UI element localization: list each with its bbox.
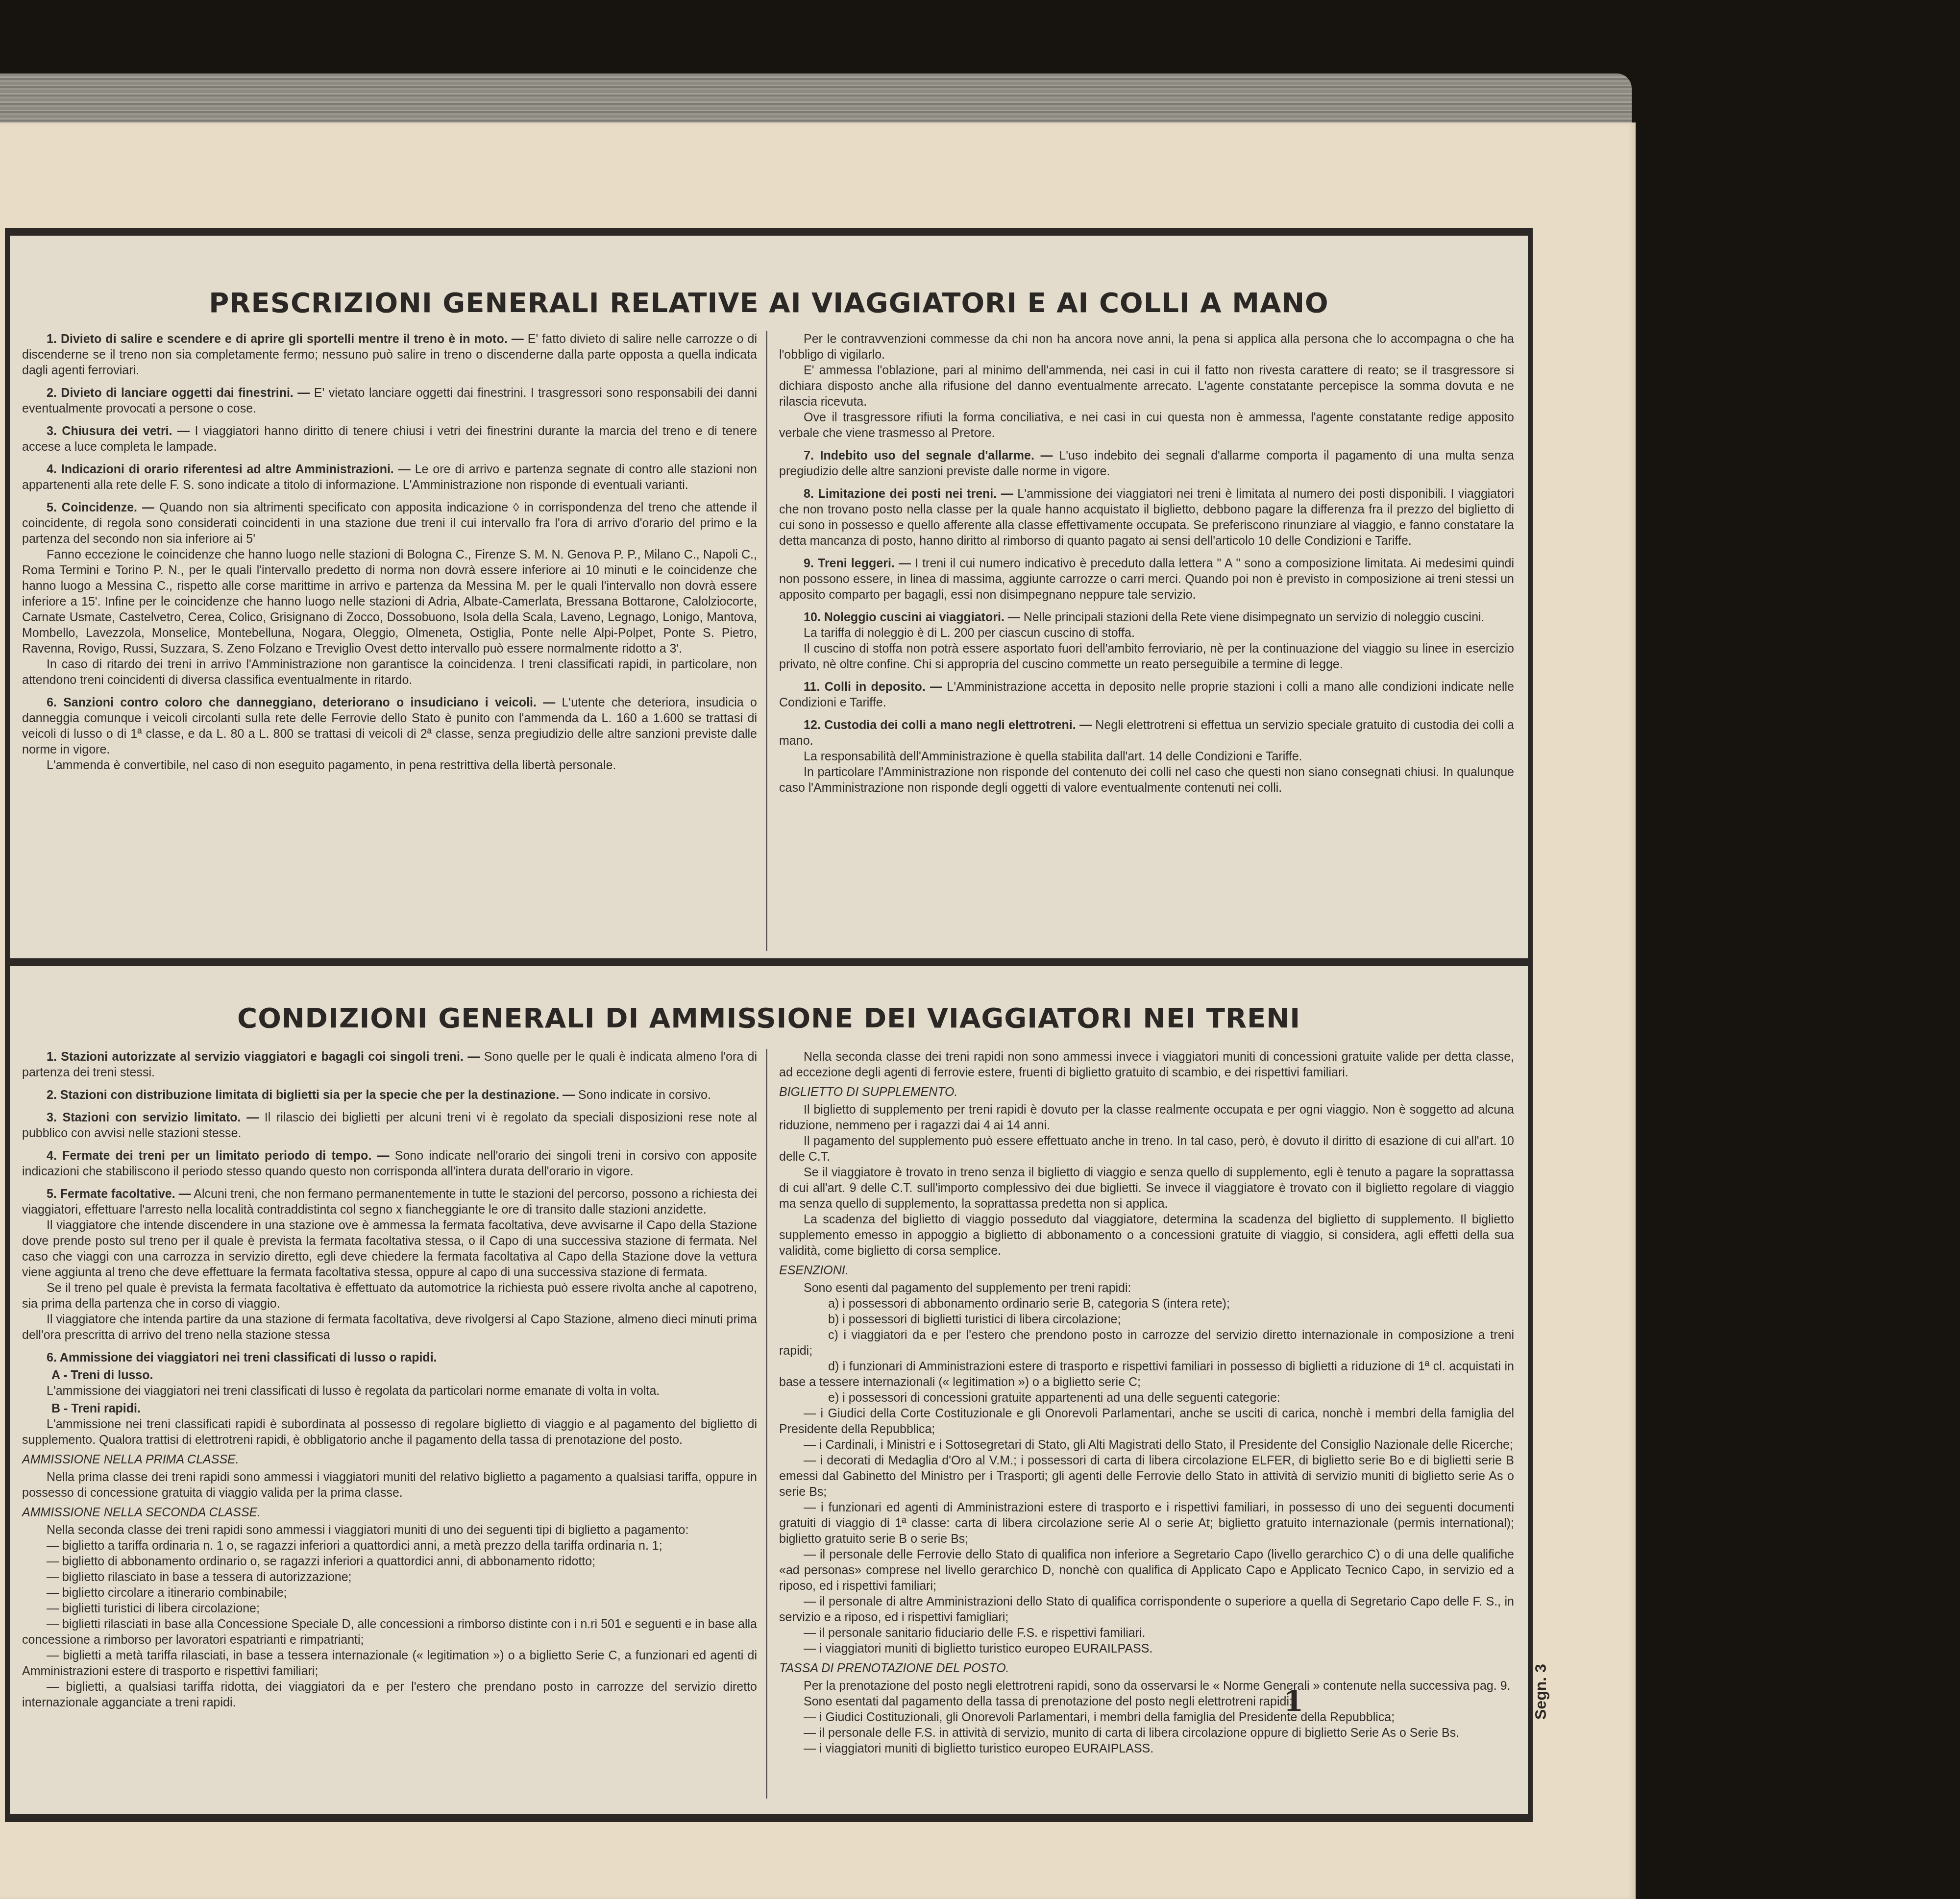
condizione-item: 3. Stazioni con servizio limitato. — Il … — [22, 1110, 757, 1141]
prescrizione-item: 8. Limitazione dei posti nei treni. — L'… — [779, 486, 1514, 549]
content-frame: PRESCRIZIONI GENERALI RELATIVE AI VIAGGI… — [5, 228, 1533, 1822]
rapidi-body: L'ammissione nei treni classificati rapi… — [22, 1416, 757, 1448]
condizioni-left-column: 1. Stazioni autorizzate al servizio viag… — [22, 1049, 757, 1710]
item-paragraph: La tariffa di noleggio è di L. 200 per c… — [779, 625, 1514, 641]
prescrizioni-left-column: 1. Divieto di salire e scendere e di apr… — [22, 331, 757, 780]
item-body: Nelle principali stazioni della Rete vie… — [1024, 610, 1485, 624]
item-heading: 5. Coincidenze. — — [47, 501, 154, 514]
supplemento-paragraph: Il pagamento del supplemento può essere … — [779, 1133, 1514, 1165]
prescrizione-item: 9. Treni leggeri. — I treni il cui numer… — [779, 556, 1514, 603]
item-heading: 9. Treni leggeri. — — [804, 557, 911, 570]
lusso-body: L'ammissione dei viaggiatori nei treni c… — [22, 1383, 757, 1399]
item-paragraph: L'ammenda è convertibile, nel caso di no… — [22, 757, 757, 773]
item-paragraph: Se il treno pel quale è prevista la ferm… — [22, 1280, 757, 1312]
esenzioni-letter-item: a) i possessori di abbonamento ordinario… — [779, 1296, 1514, 1312]
item-heading: 4. Fermate dei treni per un limitato per… — [47, 1149, 390, 1163]
section-title-prescrizioni: PRESCRIZIONI GENERALI RELATIVE AI VIAGGI… — [10, 287, 1528, 319]
seconda-classe-body: Nella seconda classe dei treni rapidi so… — [22, 1522, 757, 1538]
intro-paragraph: Per le contravvenzioni commesse da chi n… — [779, 331, 1514, 363]
subsection-heading-lusso: A - Treni di lusso. — [51, 1367, 757, 1383]
seconda-classe-exclusion: Nella seconda classe dei treni rapidi no… — [779, 1049, 1514, 1080]
item-paragraph: Il cuscino di stoffa non potrà essere as… — [779, 641, 1514, 672]
prescrizione-item: 1. Divieto di salire e scendere e di apr… — [22, 331, 757, 378]
item-heading: 12. Custodia dei colli a mano negli elet… — [804, 718, 1092, 732]
column-separator — [766, 1049, 767, 1799]
item-heading: 1. Divieto di salire e scendere e di apr… — [47, 332, 524, 346]
document-page: PRESCRIZIONI GENERALI RELATIVE AI VIAGGI… — [0, 122, 1636, 1899]
seconda-classe-heading: AMMISSIONE NELLA SECONDA CLASSE. — [22, 1505, 757, 1520]
prenotazione-heading: TASSA DI PRENOTAZIONE DEL POSTO. — [779, 1660, 1514, 1676]
column-separator — [766, 331, 767, 951]
prenotazione-dash-item: — i viaggiatori muniti di biglietto turi… — [779, 1741, 1514, 1756]
seconda-classe-list-item: — biglietti a metà tariffa rilasciati, i… — [22, 1648, 757, 1679]
intro-paragraph: E' ammessa l'oblazione, pari al minimo d… — [779, 363, 1514, 410]
prenotazione-paragraph: Per la prenotazione del posto negli elet… — [779, 1678, 1514, 1694]
seconda-classe-list-item: — biglietto rilasciato in base a tessera… — [22, 1569, 757, 1585]
item-heading: 2. Divieto di lanciare oggetti dai fines… — [47, 386, 310, 400]
item-paragraph: Il viaggiatore che intende discendere in… — [22, 1217, 757, 1280]
prescrizione-item: 11. Colli in deposito. — L'Amministrazio… — [779, 679, 1514, 710]
item-heading: 3. Chiusura dei vetri. — — [47, 424, 190, 438]
item-heading: 3. Stazioni con servizio limitato. — — [47, 1111, 259, 1124]
item-paragraph: In caso di ritardo dei treni in arrivo l… — [22, 657, 757, 688]
item-body: Sono indicate in corsivo. — [578, 1088, 711, 1102]
esenzioni-dash-item: — il personale delle Ferrovie dello Stat… — [779, 1547, 1514, 1594]
item-paragraph: In particolare l'Amministrazione non ris… — [779, 764, 1514, 796]
supplemento-paragraph: Il biglietto di supplemento per treni ra… — [779, 1102, 1514, 1133]
page-number: 1 — [1284, 1684, 1303, 1718]
item-heading: 4. Indicazioni di orario riferentesi ad … — [47, 463, 411, 476]
seconda-classe-list-item: — biglietti, a qualsiasi tariffa ridotta… — [22, 1679, 757, 1710]
subsection-heading-rapidi: B - Treni rapidi. — [51, 1401, 757, 1416]
condizioni-right-column: Nella seconda classe dei treni rapidi no… — [779, 1049, 1514, 1756]
item-heading: 6. Sanzioni contro coloro che danneggian… — [47, 696, 555, 709]
esenzioni-dash-item: — i Giudici della Corte Costituzionale e… — [779, 1406, 1514, 1437]
prescrizione-item: 12. Custodia dei colli a mano negli elet… — [779, 717, 1514, 796]
item-heading: 8. Limitazione dei posti nei treni. — — [804, 487, 1013, 501]
item-paragraph: Il viaggiatore che intenda partire da un… — [22, 1312, 757, 1343]
esenzioni-letter-item: c) i viaggiatori da e per l'estero che p… — [779, 1327, 1514, 1359]
item-heading: 7. Indebito uso del segnale d'allarme. — — [804, 449, 1053, 463]
prima-classe-heading: AMMISSIONE NELLA PRIMA CLASSE. — [22, 1452, 757, 1467]
esenzioni-intro: Sono esenti dal pagamento del supplement… — [779, 1280, 1514, 1296]
prenotazione-paragraph: Sono esentati dal pagamento della tassa … — [779, 1694, 1514, 1709]
item-paragraph: La responsabilità dell'Amministrazione è… — [779, 749, 1514, 764]
esenzioni-dash-item: — i Cardinali, i Ministri e i Sottosegre… — [779, 1437, 1514, 1453]
section-divider — [10, 958, 1528, 966]
esenzioni-dash-item: — i viaggiatori muniti di biglietto turi… — [779, 1641, 1514, 1656]
supplemento-heading: BIGLIETTO DI SUPPLEMENTO. — [779, 1084, 1514, 1100]
condizione-item: 2. Stazioni con distribuzione limitata d… — [22, 1087, 757, 1103]
prescrizione-item: 10. Noleggio cuscini ai viaggiatori. — N… — [779, 609, 1514, 672]
seconda-classe-list-item: — biglietto a tariffa ordinaria n. 1 o, … — [22, 1538, 757, 1554]
condizione-item: 1. Stazioni autorizzate al servizio viag… — [22, 1049, 757, 1080]
esenzioni-letter-item: b) i possessori di biglietti turistici d… — [779, 1312, 1514, 1327]
esenzioni-dash-item: — i funzionari ed agenti di Amministrazi… — [779, 1500, 1514, 1547]
prenotazione-dash-item: — i Giudici Costituzionali, gli Onorevol… — [779, 1709, 1514, 1725]
intro-paragraph: Ove il trasgressore rifiuti la forma con… — [779, 410, 1514, 441]
esenzioni-dash-item: — il personale sanitario fiduciario dell… — [779, 1625, 1514, 1641]
prescrizione-item: 5. Coincidenze. — Quando non sia altrime… — [22, 500, 757, 688]
item-paragraph: Fanno eccezione le coincidenze che hanno… — [22, 547, 757, 657]
signature-mark: Segn. 3 — [1532, 1656, 1556, 1720]
prima-classe-body: Nella prima classe dei treni rapidi sono… — [22, 1469, 757, 1501]
seconda-classe-list-item: — biglietti rilasciati in base alla Conc… — [22, 1616, 757, 1648]
prescrizione-item: 3. Chiusura dei vetri. — I viaggiatori h… — [22, 423, 757, 455]
prescrizione-item: 4. Indicazioni di orario riferentesi ad … — [22, 462, 757, 493]
esenzioni-heading: ESENZIONI. — [779, 1263, 1514, 1278]
item-heading: 5. Fermate facoltative. — — [47, 1187, 191, 1201]
prescrizione-item: 6. Sanzioni contro coloro che danneggian… — [22, 695, 757, 773]
item-heading: 2. Stazioni con distribuzione limitata d… — [47, 1088, 575, 1102]
item-heading: 10. Noleggio cuscini ai viaggiatori. — — [804, 610, 1020, 624]
prescrizione-intro: Per le contravvenzioni commesse da chi n… — [779, 331, 1514, 441]
prescrizione-item: 7. Indebito uso del segnale d'allarme. —… — [779, 448, 1514, 479]
supplemento-paragraph: La scadenza del biglietto di viaggio pos… — [779, 1212, 1514, 1259]
prescrizioni-right-column: Per le contravvenzioni commesse da chi n… — [779, 331, 1514, 803]
page-stack-edge — [0, 73, 1632, 127]
section-title-condizioni: CONDIZIONI GENERALI DI AMMISSIONE DEI VI… — [10, 1002, 1528, 1034]
item-heading: 6. Ammissione dei viaggiatori nei treni … — [47, 1351, 437, 1364]
item-heading: 1. Stazioni autorizzate al servizio viag… — [47, 1050, 480, 1064]
item-heading: 11. Colli in deposito. — — [804, 680, 942, 694]
condizione-item: 4. Fermate dei treni per un limitato per… — [22, 1148, 757, 1179]
esenzioni-letter-item: e) i possessori di concessioni gratuite … — [779, 1390, 1514, 1406]
prenotazione-dash-item: — il personale delle F.S. in attività di… — [779, 1725, 1514, 1741]
prescrizione-item: 2. Divieto di lanciare oggetti dai fines… — [22, 385, 757, 416]
esenzioni-letter-item: d) i funzionari di Amministrazioni ester… — [779, 1359, 1514, 1390]
seconda-classe-list-item: — biglietto di abbonamento ordinario o, … — [22, 1554, 757, 1569]
esenzioni-dash-item: — il personale di altre Amministrazioni … — [779, 1594, 1514, 1625]
condizione-item: 6. Ammissione dei viaggiatori nei treni … — [22, 1350, 757, 1365]
seconda-classe-list-item: — biglietti turistici di libera circolaz… — [22, 1601, 757, 1616]
esenzioni-dash-item: — i decorati di Medaglia d'Oro al V.M.; … — [779, 1453, 1514, 1500]
seconda-classe-list-item: — biglietto circolare a itinerario combi… — [22, 1585, 757, 1601]
supplemento-paragraph: Se il viaggiatore è trovato in treno sen… — [779, 1165, 1514, 1212]
condizione-item: 5. Fermate facoltative. — Alcuni treni, … — [22, 1186, 757, 1343]
